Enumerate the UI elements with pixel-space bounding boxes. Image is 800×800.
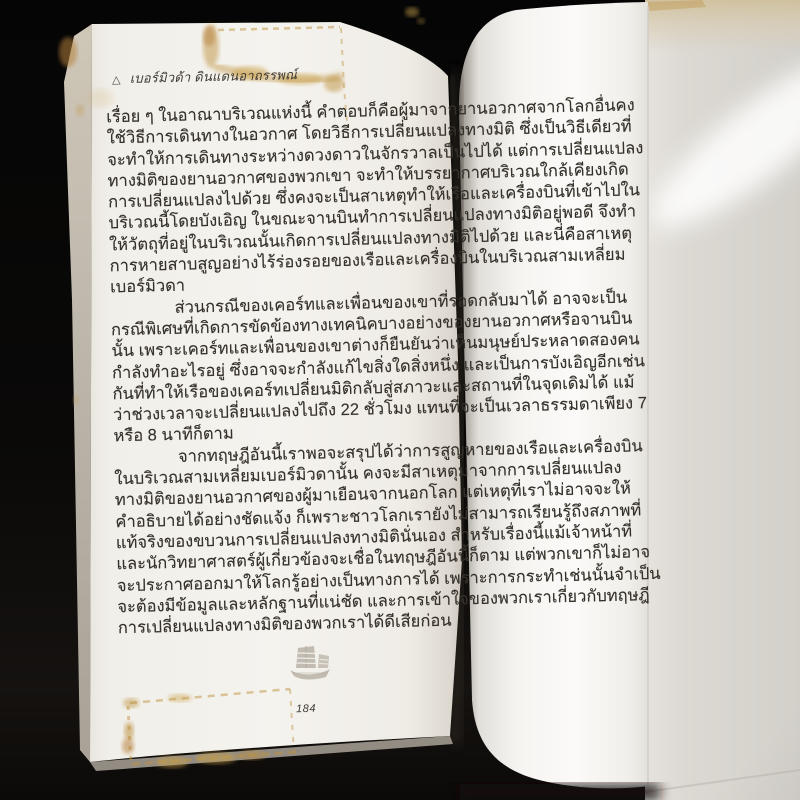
right-page — [631, 0, 800, 800]
page-body-text: เรื่อย ๆ ในอาณาบริเวณแห่งนี้ คำตอบก็คือผ… — [106, 99, 497, 640]
page-number: 184 — [296, 703, 316, 716]
running-head-title: เบอร์มิวด้า ดินแดนอาถรรพณ์ — [130, 67, 298, 86]
corner-smudge — [87, 89, 113, 107]
edge-rust-stain — [59, 37, 77, 67]
book-photo: △เบอร์มิวด้า ดินแดนอาถรรพณ์ เรื่อย ๆ ในอ… — [0, 0, 800, 800]
left-page-block-edge — [59, 24, 92, 762]
curl-bottom-shadow — [460, 784, 660, 800]
triangle-bullet-icon: △ — [112, 74, 121, 86]
